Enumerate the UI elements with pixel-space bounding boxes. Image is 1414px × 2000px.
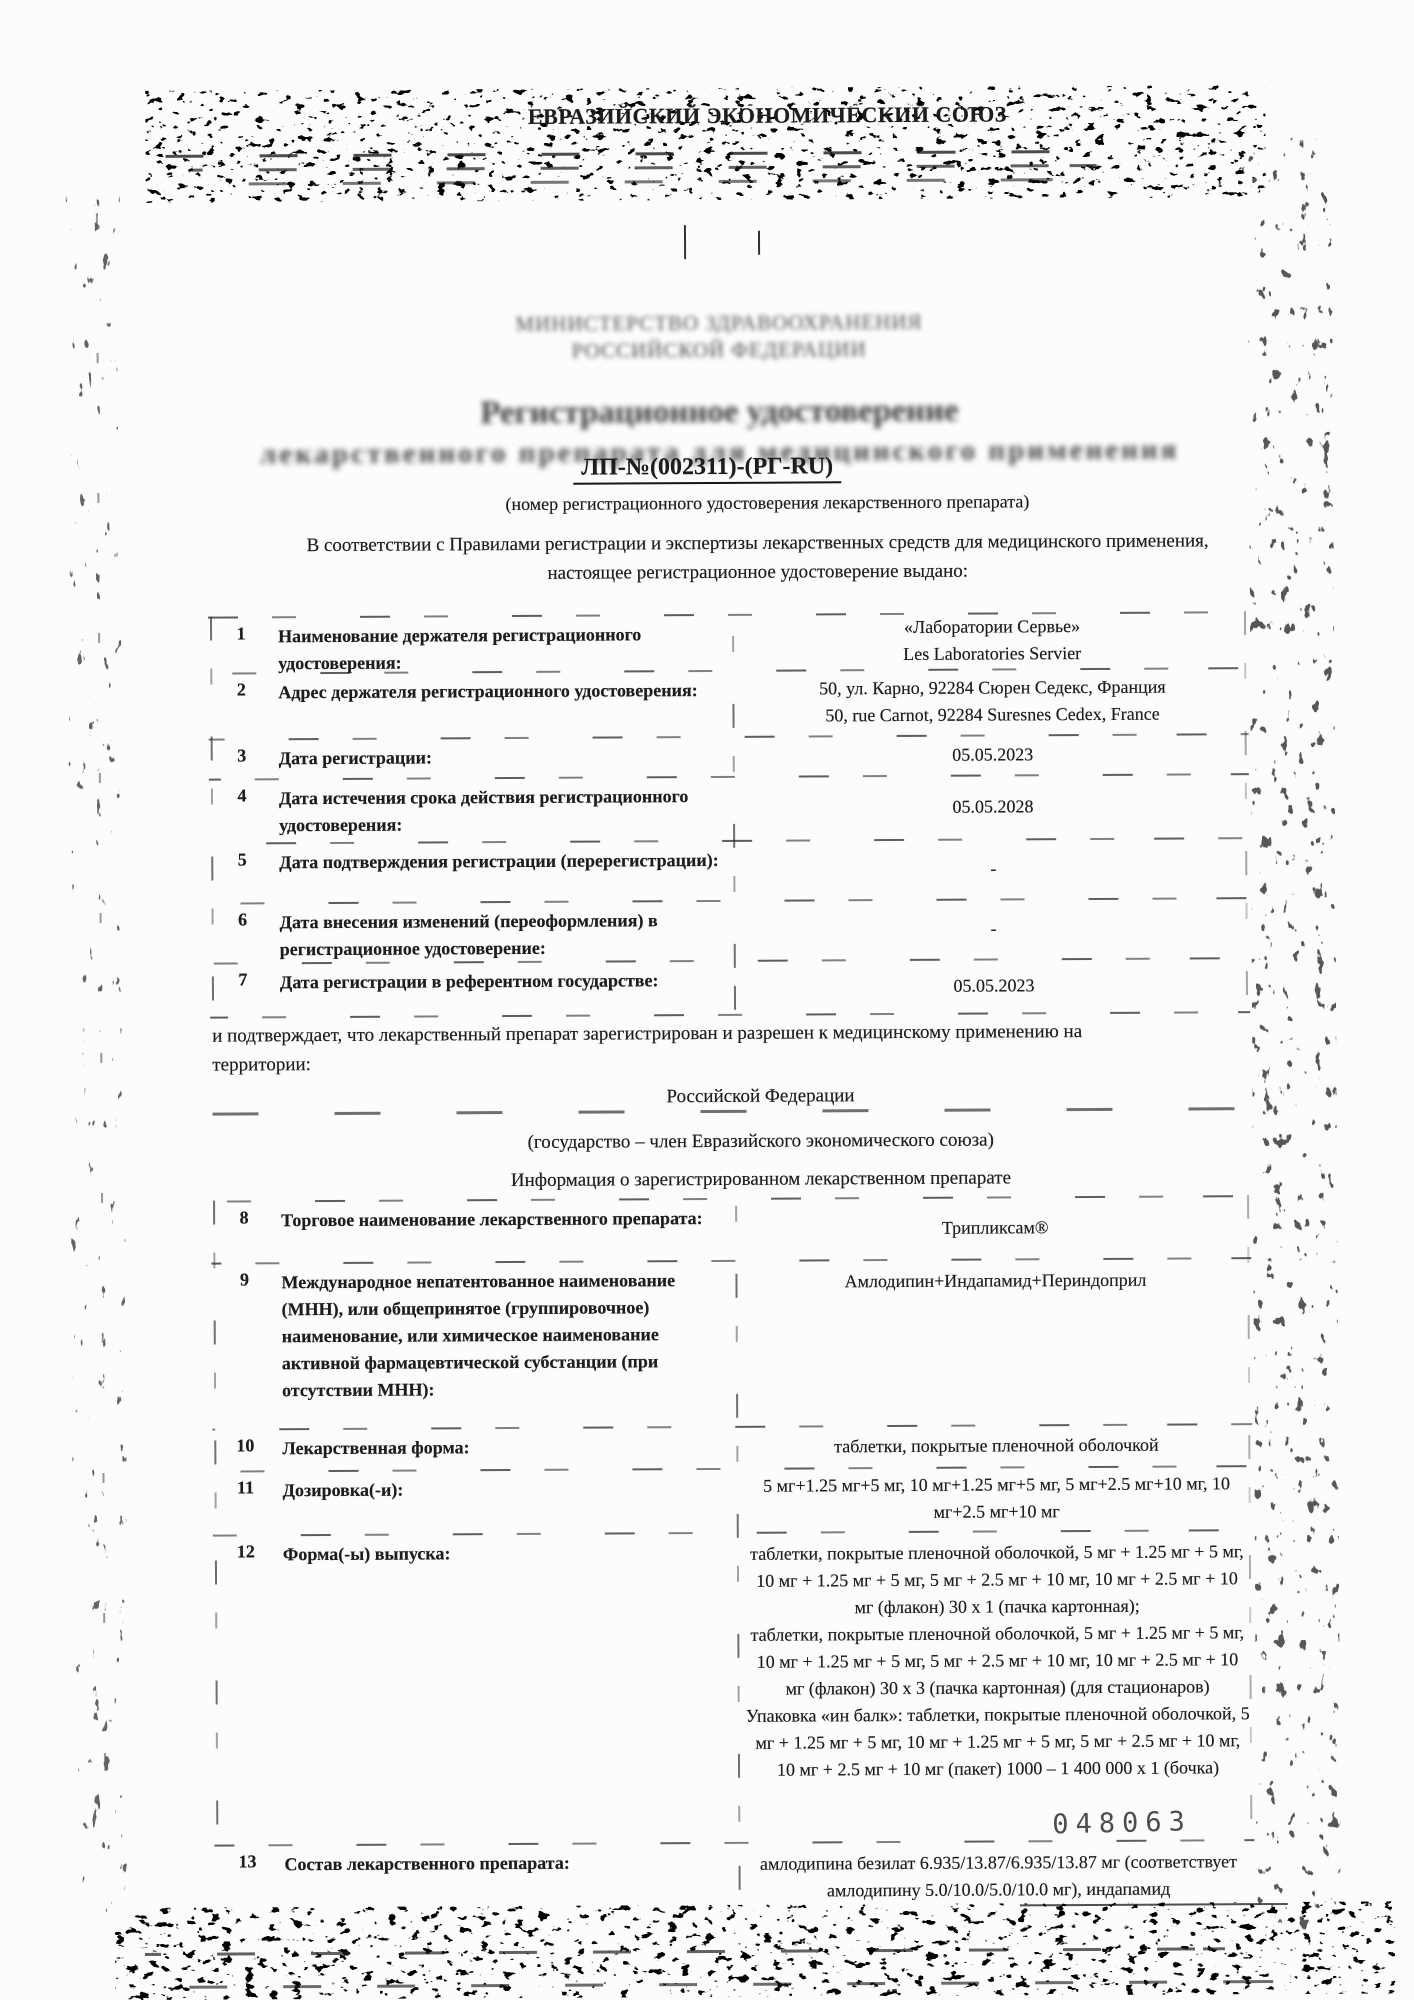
row-value: 5 мг+1.25 мг+5 мг, 10 мг+1.25 мг+5 мг, 5… [744, 1465, 1248, 1532]
intro-line-2: настоящее регистрационное удостоверение … [238, 556, 1278, 589]
value-line: 50, rue Carnot, 92284 Suresnes Cedex, Fr… [740, 700, 1244, 730]
scan-streak [192, 164, 1097, 172]
scan-streak [210, 178, 1070, 186]
row-number: 7 [216, 962, 270, 990]
row-value: 50, ул. Карно, 92284 Сюрен Седекс, Франц… [740, 667, 1244, 736]
row-label: Форма(-ы) выпуска: [283, 1532, 723, 1568]
row-label: Адрес держателя регистрационного удостов… [278, 670, 718, 706]
row-value: «Лаборатории Сервье» Les Laboratories Se… [740, 611, 1244, 670]
ministry-line-2: РОССИЙСКОЙ ФЕДЕРАЦИИ [177, 334, 1262, 367]
scan-streak [165, 1980, 1305, 1989]
row-label: Дата подтверждения регистрации (перереги… [279, 840, 719, 876]
row-value: - [741, 837, 1245, 900]
scan-tick [758, 231, 760, 255]
row-number: 6 [215, 902, 269, 930]
row-label: Дата регистрации в референтном государст… [280, 960, 730, 996]
value-line: таблетки, покрытые пленочной оболочкой [744, 1431, 1248, 1461]
value-line: 05.05.2028 [741, 792, 1245, 822]
value-paragraph: таблетки, покрытые пленочной оболочкой, … [745, 1619, 1249, 1703]
row-number: 12 [219, 1534, 273, 1562]
row-value: - [741, 897, 1245, 960]
doc-title-line-1: Регистрационное удостоверение [177, 391, 1262, 434]
row-value: Трипликсам® [743, 1195, 1247, 1260]
scanned-certificate-page: ЕВРАЗИЙСКИЙ ЭКОНОМИЧЕСКИЙ СОЮЗ МИНИСТЕРС… [0, 0, 1414, 2000]
value-line: амлодипина безилат 6.935/13.87/6.935/13.… [746, 1848, 1250, 1905]
table-row: 9 Международное непатентованное наименов… [211, 1257, 1252, 1428]
table-row: 5 Дата подтверждения регистрации (перере… [209, 837, 1249, 902]
confirm-line-2: территории: [212, 1046, 1272, 1080]
union-header: ЕВРАЗИЙСКИЙ ЭКОНОМИЧЕСКИЙ СОЮЗ [247, 100, 1287, 131]
row-number: 1 [214, 616, 268, 644]
table-row: 8 Торговое наименование лекарственного п… [211, 1195, 1251, 1262]
table-row: 4 Дата истечения срока действия регистра… [209, 773, 1249, 842]
value-line: 5 мг+1.25 мг+5 мг, 10 мг+1.25 мг+5 мг, 5… [744, 1470, 1248, 1527]
scan-streak [166, 150, 1106, 158]
value-line: Амлодипин+Индапамид+Периндоприл [743, 1266, 1247, 1296]
row-label: Дата истечения срока действия регистраци… [279, 776, 719, 839]
holder-table: 1 Наименование держателя регистрационног… [208, 611, 1250, 1018]
value-line: - [741, 854, 1245, 884]
row-value: таблетки, покрытые пленочной оболочкой [744, 1423, 1248, 1468]
value-line: «Лаборатории Сервье» [740, 612, 1244, 642]
row-value: амлодипина безилат 6.935/13.87/6.935/13.… [746, 1839, 1251, 1950]
table-row: 3 Дата регистрации: 05.05.2023 [209, 733, 1249, 778]
territory-caption: (государство – член Евразийского экономи… [241, 1125, 1281, 1158]
row-label: Дата внесения изменений (переоформления)… [279, 900, 719, 963]
row-number: 4 [215, 778, 269, 806]
table-row: 6 Дата внесения изменений (переоформлени… [209, 897, 1249, 962]
row-number: 5 [215, 842, 269, 870]
row-number: 2 [214, 672, 268, 700]
value-line: 05.05.2023 [741, 740, 1245, 770]
table-row: 10 Лекарственная форма: таблетки, покрыт… [212, 1423, 1252, 1470]
registration-number-wrap: ЛП-№(002311)-(РГ-RU) [187, 451, 1227, 486]
value-line: Трипликсам® [743, 1213, 1247, 1243]
row-label: Торговое наименование лекарственного пре… [281, 1198, 721, 1234]
row-label: Наименование держателя регистрационного … [278, 614, 718, 677]
table-row: 13 Состав лекарственного препарата: амло… [214, 1839, 1255, 1952]
registration-number-caption: (номер регистрационного удостоверения ле… [247, 490, 1287, 516]
row-value: 05.05.2023 [742, 957, 1246, 1014]
row-label: Лекарственная форма: [282, 1426, 722, 1462]
table-row: 1 Наименование держателя регистрационног… [208, 611, 1248, 672]
stamp-serial-number: 048063 [1052, 1806, 1192, 1840]
row-number: 9 [217, 1262, 271, 1290]
table-row: 12 Форма(-ы) выпуска: таблетки, покрытые… [213, 1529, 1255, 1844]
row-number: 13 [220, 1844, 274, 1872]
value-line: Les Laboratories Servier [740, 639, 1244, 669]
row-number: 3 [215, 738, 269, 766]
registration-number: ЛП-№(002311)-(РГ-RU) [573, 453, 841, 484]
row-value: 05.05.2023 [741, 733, 1245, 776]
row-label: Международное непатентованное наименован… [281, 1260, 722, 1404]
intro-line-1: В соответствии с Правилами регистрации и… [238, 527, 1278, 560]
row-number: 10 [218, 1428, 272, 1456]
row-value: Амлодипин+Индапамид+Периндоприл [743, 1257, 1248, 1426]
row-label: Дата регистрации: [279, 736, 719, 772]
scan-edge-marks-left [96, 213, 107, 1863]
value-line: 50, ул. Карно, 92284 Сюрен Седекс, Франц… [740, 673, 1244, 703]
scan-content: ЕВРАЗИЙСКИЙ ЭКОНОМИЧЕСКИЙ СОЮЗ МИНИСТЕРС… [0, 0, 1414, 2000]
table-row: 11 Дозировка(-и): 5 мг+1.25 мг+5 мг, 10 … [212, 1465, 1252, 1534]
row-number: 11 [218, 1470, 272, 1498]
value-line: 05.05.2023 [742, 971, 1246, 1001]
table-row: 7 Дата регистрации в референтном государ… [210, 957, 1250, 1016]
row-value: 05.05.2028 [741, 773, 1245, 840]
confirm-line-1: и подтверждает, что лекарственный препар… [212, 1017, 1272, 1051]
value-line: - [742, 914, 1246, 944]
info-heading: Информация о зарегистрированном лекарств… [241, 1163, 1281, 1196]
value-paragraph: Упаковка «ин балк»: таблетки, покрытые п… [746, 1700, 1250, 1784]
table-row: 2 Адрес держателя регистрационного удост… [208, 667, 1248, 738]
ministry-name-blurred: МИНИСТЕРСТВО ЗДРАВООХРАНЕНИЯ РОССИЙСКОЙ … [176, 307, 1261, 367]
row-value: таблетки, покрытые пленочной оболочкой, … [745, 1529, 1251, 1842]
row-label: Дозировка(-и): [282, 1468, 722, 1504]
row-label: Состав лекарственного препарата: [284, 1842, 724, 1878]
value-paragraph: таблетки, покрытые пленочной оболочкой, … [745, 1538, 1249, 1622]
row-number: 8 [217, 1200, 271, 1228]
scan-tick [684, 225, 686, 259]
